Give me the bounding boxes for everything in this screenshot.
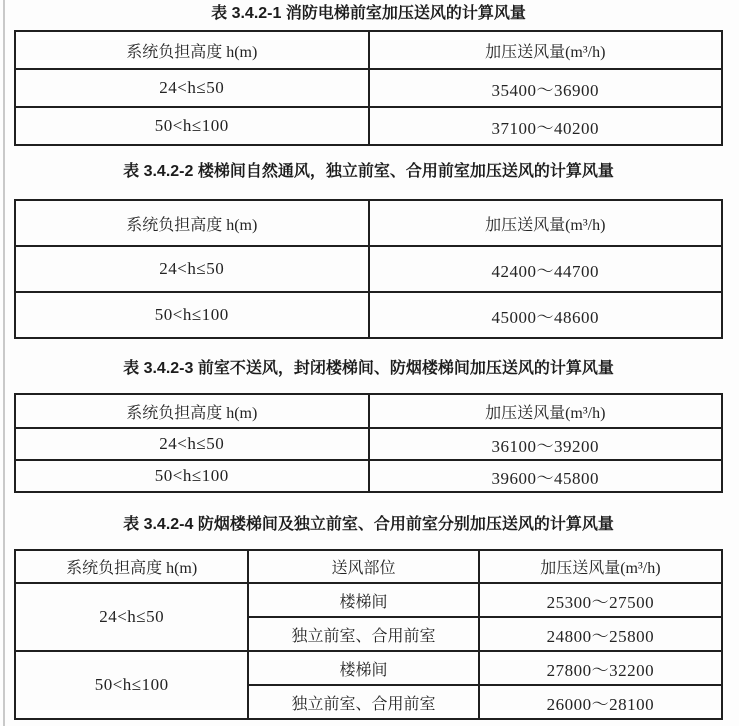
document-page: 表 3.4.2-1 消防电梯前室加压送风的计算风量 系统负担高度 h(m) 加压…: [0, 0, 739, 726]
table-4-col-header-location: 送风部位: [248, 550, 478, 583]
table-3-4-2-3: 系统负担高度 h(m) 加压送风量(m³/h) 24<h≤50 36100～39…: [14, 393, 723, 493]
airflow-value-cell: 37100～40200: [369, 107, 723, 145]
table-3-title: 表 3.4.2-3 前室不送风，封闭楼梯间、防烟楼梯间加压送风的计算风量: [14, 358, 723, 380]
table-4-col-header-height: 系统负担高度 h(m): [15, 550, 248, 583]
supply-location-cell: 独立前室、合用前室: [248, 685, 478, 719]
height-range-cell: 24<h≤50: [15, 246, 369, 292]
table-row: 24<h≤50 36100～39200: [15, 428, 722, 460]
table-row: 24<h≤50 35400～36900: [15, 69, 722, 107]
table-4-col-header-airflow: 加压送风量(m³/h): [479, 550, 722, 583]
airflow-value-cell: 45000～48600: [369, 292, 723, 338]
height-range-cell: 50<h≤100: [15, 651, 248, 719]
table-3-4-2-4: 系统负担高度 h(m) 送风部位 加压送风量(m³/h) 24<h≤50 楼梯间…: [14, 549, 723, 720]
table-row: 24<h≤50 42400～44700: [15, 246, 722, 292]
table-row: 50<h≤100 楼梯间 27800～32200: [15, 651, 722, 685]
height-range-cell: 50<h≤100: [15, 460, 369, 492]
table-row: 50<h≤100 37100～40200: [15, 107, 722, 145]
table-1-col-header-airflow: 加压送风量(m³/h): [369, 31, 723, 69]
page-edge-line: [3, 0, 5, 726]
table-3-col-header-airflow: 加压送风量(m³/h): [369, 394, 723, 428]
height-range-cell: 24<h≤50: [15, 428, 369, 460]
height-range-cell: 50<h≤100: [15, 292, 369, 338]
airflow-value-cell: 35400～36900: [369, 69, 723, 107]
supply-location-cell: 楼梯间: [248, 651, 478, 685]
table-1-title: 表 3.4.2-1 消防电梯前室加压送风的计算风量: [14, 3, 723, 25]
table-row: 50<h≤100 39600～45800: [15, 460, 722, 492]
supply-location-cell: 独立前室、合用前室: [248, 617, 478, 651]
table-3-col-header-height: 系统负担高度 h(m): [15, 394, 369, 428]
height-range-cell: 50<h≤100: [15, 107, 369, 145]
table-2-title: 表 3.4.2-2 楼梯间自然通风，独立前室、合用前室加压送风的计算风量: [14, 161, 723, 183]
table-2-col-header-height: 系统负担高度 h(m): [15, 200, 369, 246]
table-4-title: 表 3.4.2-4 防烟楼梯间及独立前室、合用前室分别加压送风的计算风量: [14, 514, 723, 536]
table-3-4-2-2: 系统负担高度 h(m) 加压送风量(m³/h) 24<h≤50 42400～44…: [14, 199, 723, 339]
airflow-value-cell: 36100～39200: [369, 428, 723, 460]
airflow-value-cell: 42400～44700: [369, 246, 723, 292]
airflow-value-cell: 27800～32200: [479, 651, 722, 685]
table-row: 50<h≤100 45000～48600: [15, 292, 722, 338]
airflow-value-cell: 26000～28100: [479, 685, 722, 719]
page-content: 表 3.4.2-1 消防电梯前室加压送风的计算风量 系统负担高度 h(m) 加压…: [14, 0, 723, 720]
height-range-cell: 24<h≤50: [15, 583, 248, 651]
airflow-value-cell: 25300～27500: [479, 583, 722, 617]
airflow-value-cell: 39600～45800: [369, 460, 723, 492]
supply-location-cell: 楼梯间: [248, 583, 478, 617]
table-row: 24<h≤50 楼梯间 25300～27500: [15, 583, 722, 617]
table-1-col-header-height: 系统负担高度 h(m): [15, 31, 369, 69]
airflow-value-cell: 24800～25800: [479, 617, 722, 651]
table-2-col-header-airflow: 加压送风量(m³/h): [369, 200, 723, 246]
height-range-cell: 24<h≤50: [15, 69, 369, 107]
table-3-4-2-1: 系统负担高度 h(m) 加压送风量(m³/h) 24<h≤50 35400～36…: [14, 30, 723, 146]
